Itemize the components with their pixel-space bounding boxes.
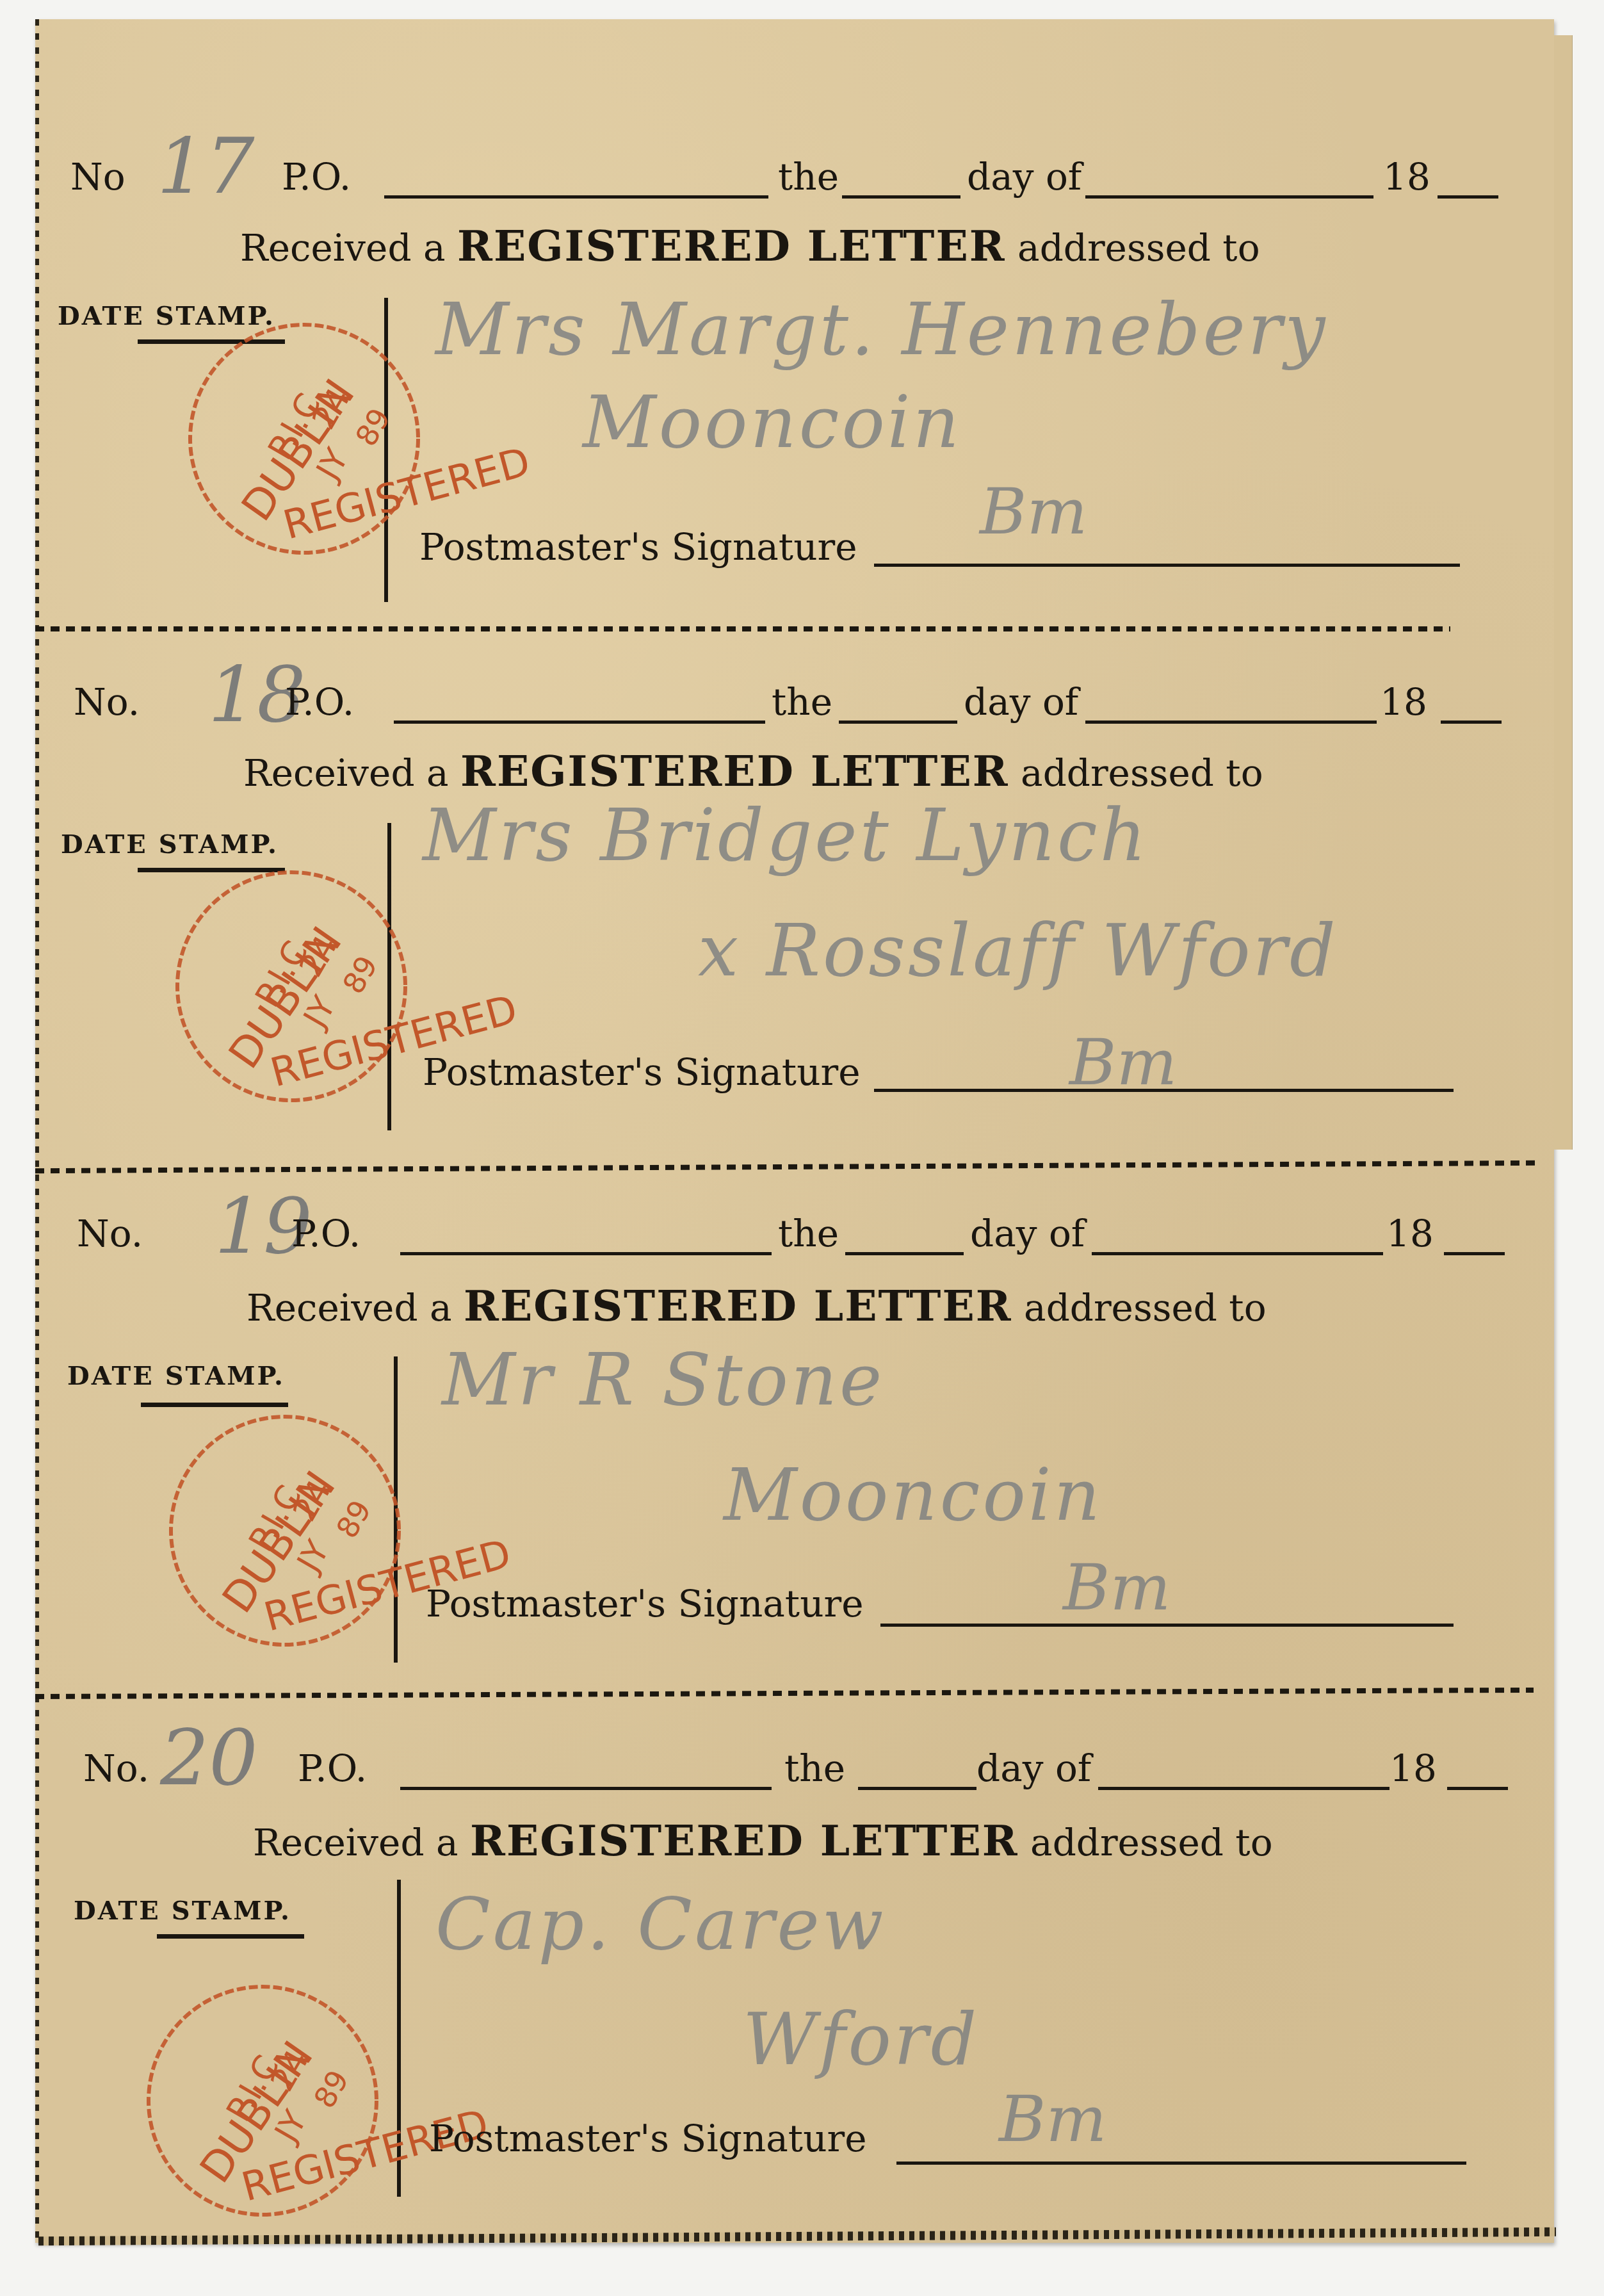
perforation-divider bbox=[35, 626, 1450, 631]
date-stamp-label: DATE STAMP. bbox=[61, 829, 279, 859]
the-label: the bbox=[778, 1212, 839, 1255]
po-field[interactable] bbox=[394, 721, 765, 724]
dublin-registered-postmark: DUBLIN REGISTERED P.I.C JY 24 89 bbox=[186, 320, 423, 557]
left-perforation bbox=[35, 19, 39, 2243]
po-field[interactable] bbox=[400, 1787, 772, 1790]
date-stamp-label: DATE STAMP. bbox=[74, 1896, 291, 1926]
year-field[interactable] bbox=[1441, 721, 1502, 724]
receipt-header-line: No. 20 P.O. the day of 18 bbox=[35, 1739, 1476, 1790]
dublin-registered-postmark: DUBLIN REGISTERED P.I.C JY 24 89 bbox=[144, 1982, 381, 2219]
po-field[interactable] bbox=[384, 195, 768, 199]
month-field[interactable] bbox=[1092, 1252, 1383, 1255]
receipt-number: 20 bbox=[160, 1714, 258, 1803]
postmaster-signature-label: Postmaster's Signature bbox=[426, 1582, 864, 1625]
day-field[interactable] bbox=[858, 1787, 976, 1790]
year-prefix: 18 bbox=[1380, 680, 1427, 724]
no-label: No bbox=[70, 155, 126, 199]
registered-letter-heading: REGISTERED LETTER bbox=[464, 1281, 1012, 1331]
postmark-icon: DUBLIN REGISTERED P.I.C JY 24 89 bbox=[166, 1412, 403, 1649]
received-line: Received a REGISTERED LETTER addressed t… bbox=[253, 1816, 1273, 1867]
day-field[interactable] bbox=[845, 1252, 964, 1255]
registered-letter-heading: REGISTERED LETTER bbox=[460, 746, 1009, 796]
postmark-icon: DUBLIN REGISTERED P.I.C JY 24 89 bbox=[144, 1982, 381, 2219]
postmaster-initials: Bm bbox=[1063, 1550, 1171, 1625]
po-label: P.O. bbox=[285, 680, 354, 724]
receipt-header-line: No 17 P.O. the day of 18 bbox=[35, 147, 1476, 199]
year-field[interactable] bbox=[1438, 195, 1498, 199]
year-field[interactable] bbox=[1447, 1787, 1508, 1790]
address-line-1: Cap. Carew bbox=[435, 1883, 886, 1966]
no-label: No. bbox=[83, 1746, 149, 1790]
year-field[interactable] bbox=[1444, 1252, 1505, 1255]
registered-letter-heading: REGISTERED LETTER bbox=[457, 221, 1006, 271]
po-label: P.O. bbox=[291, 1212, 360, 1255]
dublin-registered-postmark: DUBLIN REGISTERED P.I.C JY 24 89 bbox=[166, 1412, 403, 1649]
day-of-label: day of bbox=[970, 1212, 1085, 1255]
year-prefix: 18 bbox=[1383, 155, 1430, 199]
postmaster-signature-field[interactable] bbox=[874, 1089, 1454, 1092]
postmaster-initials: Bm bbox=[980, 474, 1087, 549]
year-prefix: 18 bbox=[1386, 1212, 1434, 1255]
address-line-1: Mrs Margt. Hennebery bbox=[435, 288, 1327, 371]
postmaster-signature-field[interactable] bbox=[874, 564, 1460, 567]
postmaster-signature-label: Postmaster's Signature bbox=[429, 2117, 867, 2160]
address-line-1: Mr R Stone bbox=[442, 1339, 884, 1422]
date-stamp-underline bbox=[141, 1403, 288, 1407]
day-field[interactable] bbox=[842, 195, 960, 199]
receipt-number: 17 bbox=[157, 122, 255, 211]
day-field[interactable] bbox=[839, 721, 957, 724]
date-stamp-underline bbox=[157, 1934, 304, 1939]
receipt-header-line: No. 19 P.O. the day of 18 bbox=[35, 1204, 1476, 1255]
day-of-label: day of bbox=[967, 155, 1081, 199]
month-field[interactable] bbox=[1098, 1787, 1389, 1790]
postmaster-signature-label: Postmaster's Signature bbox=[423, 1050, 861, 1094]
no-label: No. bbox=[77, 1212, 143, 1255]
po-field[interactable] bbox=[400, 1252, 772, 1255]
no-label: No. bbox=[74, 680, 140, 724]
address-line-1: Mrs Bridget Lynch bbox=[423, 794, 1149, 877]
received-line: Received a REGISTERED LETTER addressed t… bbox=[240, 221, 1260, 272]
postmaster-signature-label: Postmaster's Signature bbox=[419, 525, 857, 569]
date-stamp-label: DATE STAMP. bbox=[67, 1361, 285, 1391]
address-line-2: Mooncoin bbox=[583, 381, 962, 464]
received-line: Received a REGISTERED LETTER addressed t… bbox=[247, 1281, 1267, 1332]
address-line-2: Wford bbox=[743, 1998, 979, 2081]
postmaster-signature-field[interactable] bbox=[896, 2162, 1466, 2165]
registered-letter-heading: REGISTERED LETTER bbox=[470, 1816, 1019, 1866]
the-label: the bbox=[772, 680, 832, 724]
po-label: P.O. bbox=[282, 155, 351, 199]
month-field[interactable] bbox=[1085, 721, 1377, 724]
day-of-label: day of bbox=[964, 680, 1078, 724]
month-field[interactable] bbox=[1085, 195, 1373, 199]
address-line-2: Mooncoin bbox=[724, 1454, 1103, 1537]
receipt-header-line: No. 18 P.O. the day of 18 bbox=[35, 672, 1476, 724]
the-label: the bbox=[778, 155, 839, 199]
day-of-label: day of bbox=[976, 1746, 1091, 1790]
the-label: the bbox=[784, 1746, 845, 1790]
postmaster-initials: Bm bbox=[999, 2081, 1106, 2156]
postmark-icon: DUBLIN REGISTERED P.I.C JY 24 89 bbox=[186, 320, 423, 557]
dublin-registered-postmark: DUBLIN REGISTERED P.I.C JY 24 89 bbox=[173, 868, 410, 1105]
po-label: P.O. bbox=[298, 1746, 367, 1790]
year-prefix: 18 bbox=[1389, 1746, 1437, 1790]
received-line: Received a REGISTERED LETTER addressed t… bbox=[243, 746, 1263, 797]
postmaster-signature-field[interactable] bbox=[880, 1624, 1454, 1627]
address-line-2: x Rosslaff Wford bbox=[698, 909, 1338, 993]
postmark-icon: DUBLIN REGISTERED P.I.C JY 24 89 bbox=[173, 868, 410, 1105]
folded-edge bbox=[1554, 35, 1573, 1150]
